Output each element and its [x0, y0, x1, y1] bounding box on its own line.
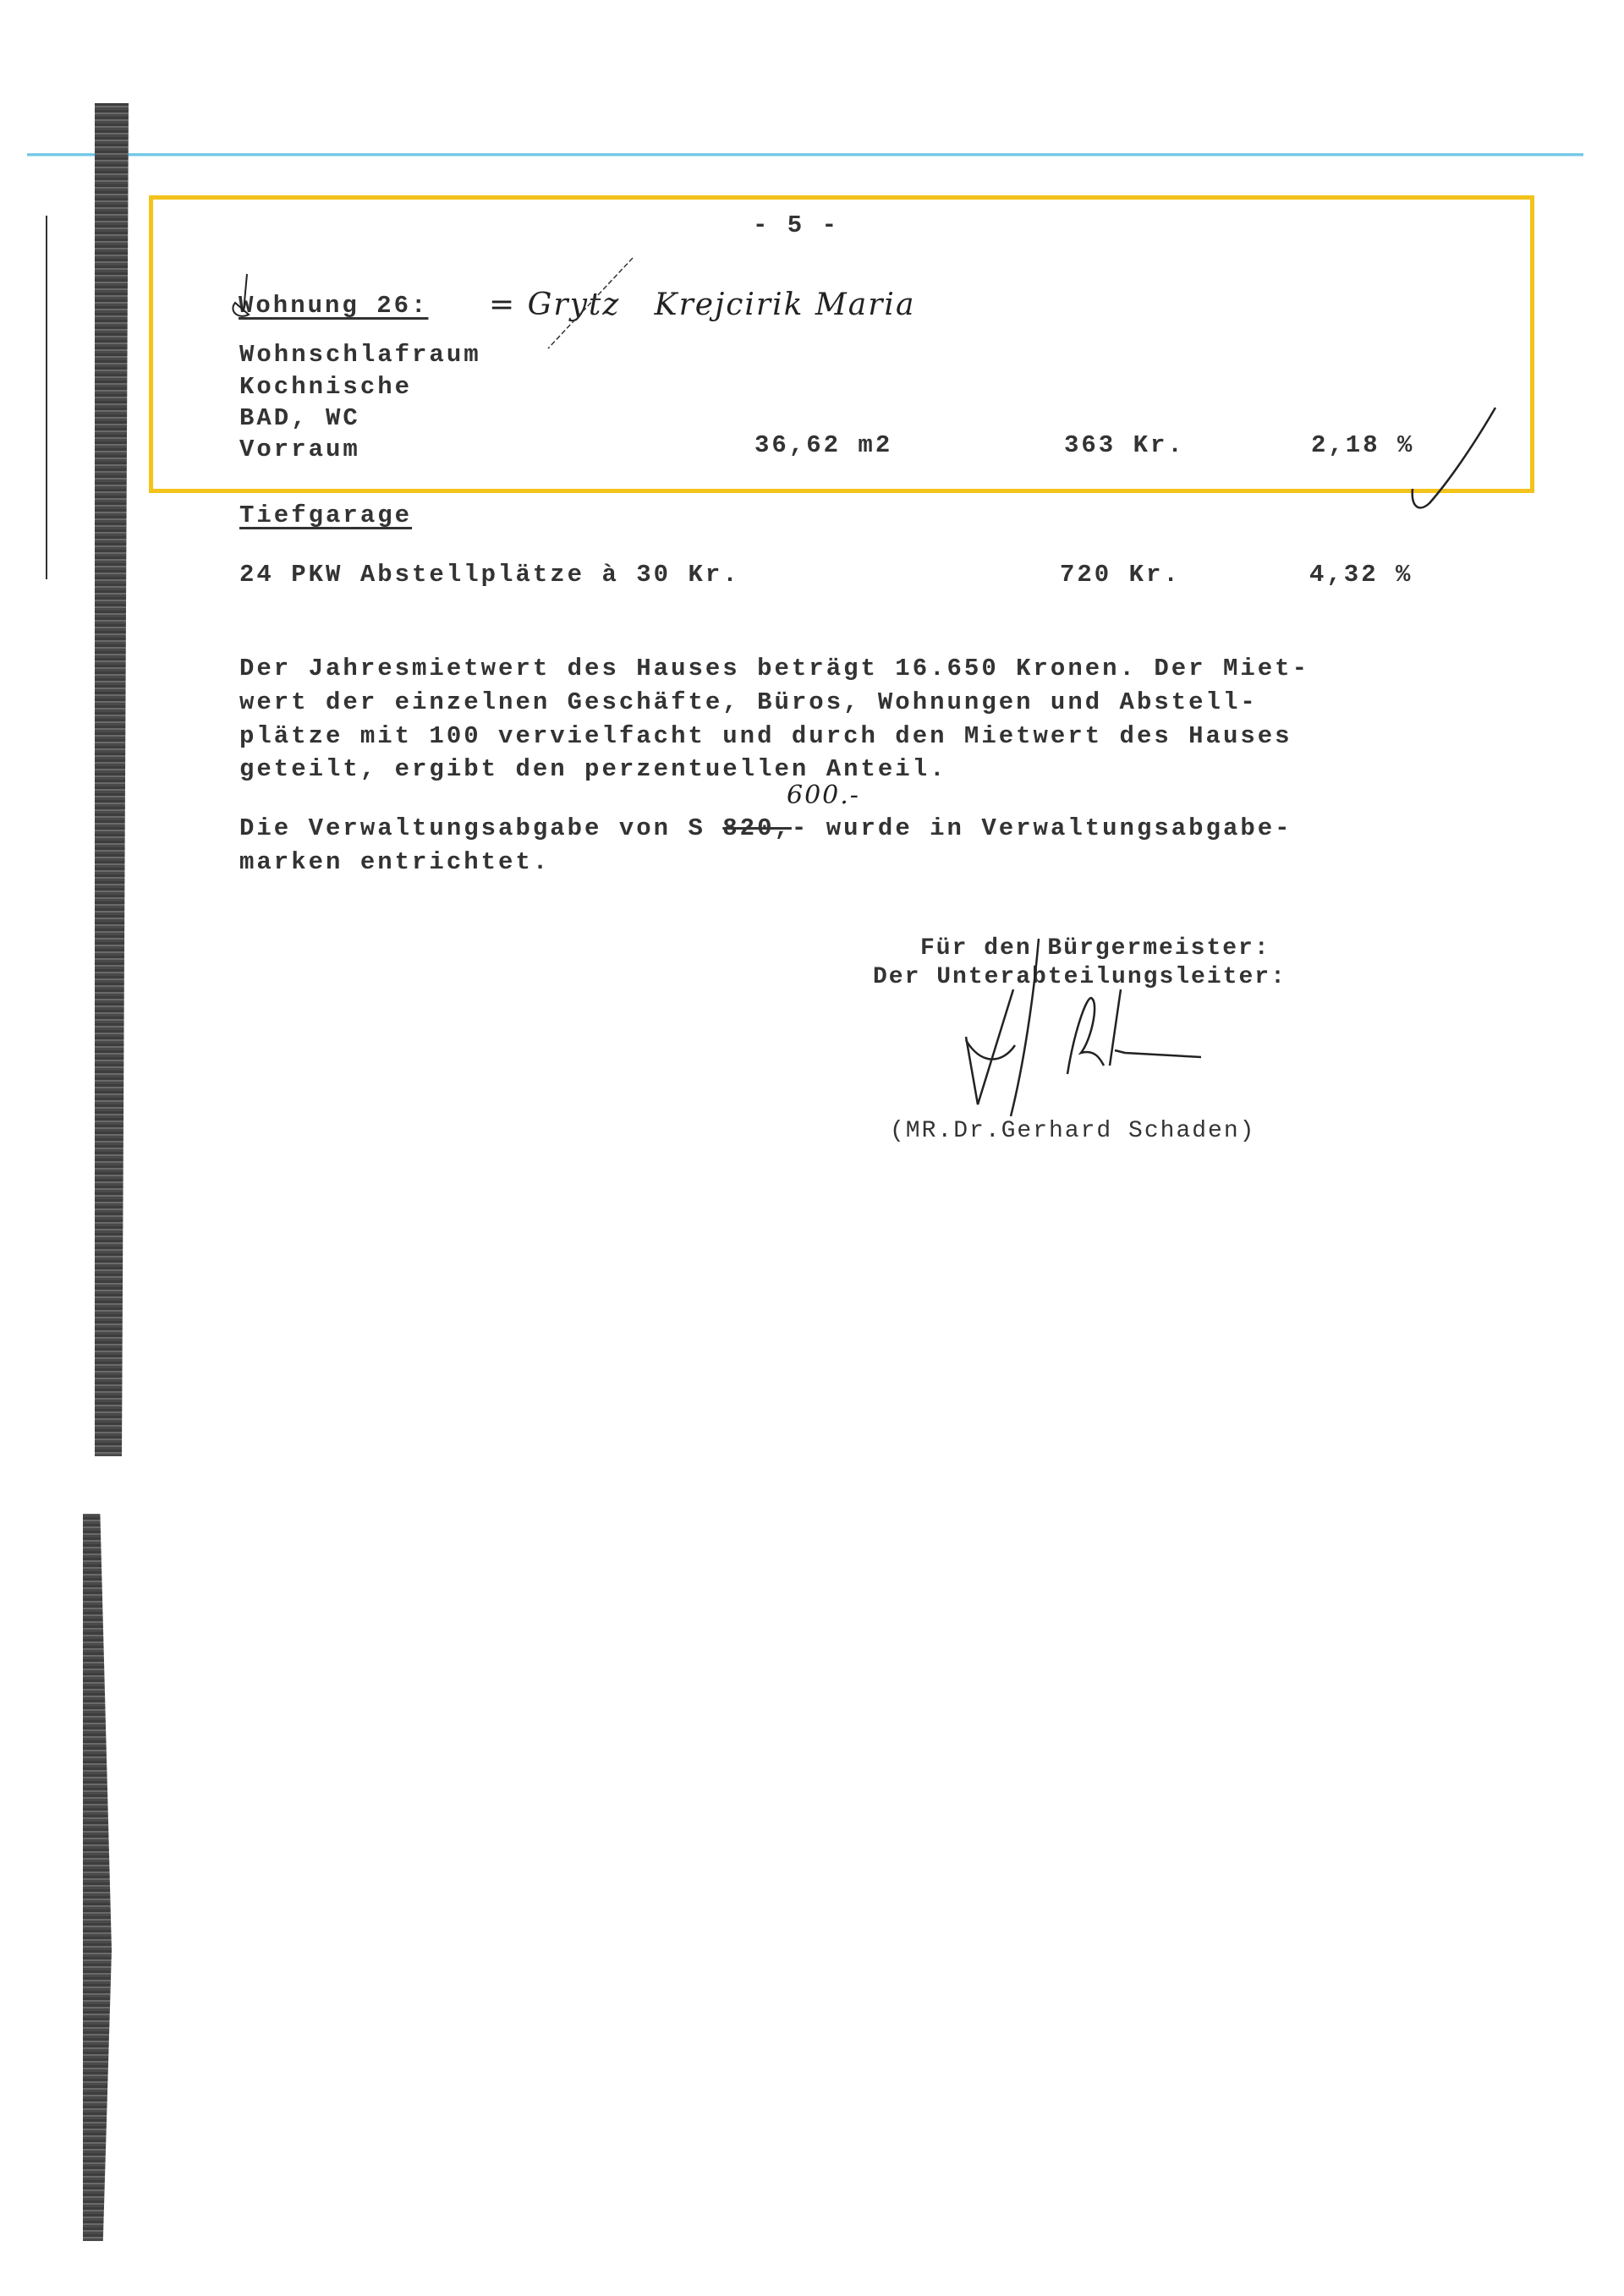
checkmark-icon	[1413, 408, 1495, 507]
signature-icon	[966, 939, 1201, 1116]
handwritten-marks	[0, 0, 1624, 2296]
